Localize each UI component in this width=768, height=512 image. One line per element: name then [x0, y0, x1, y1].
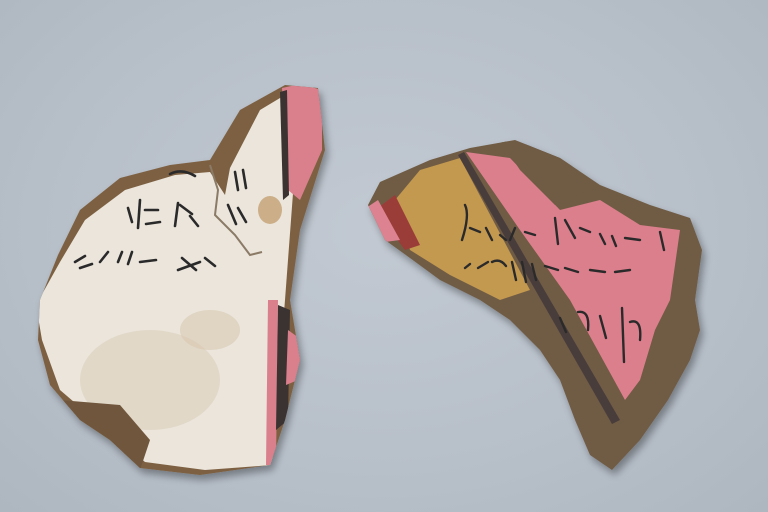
ostraca-illustration: [0, 0, 768, 512]
left-fragment: [36, 84, 325, 475]
photo-background: [0, 0, 768, 512]
right-fragment: [366, 140, 702, 470]
